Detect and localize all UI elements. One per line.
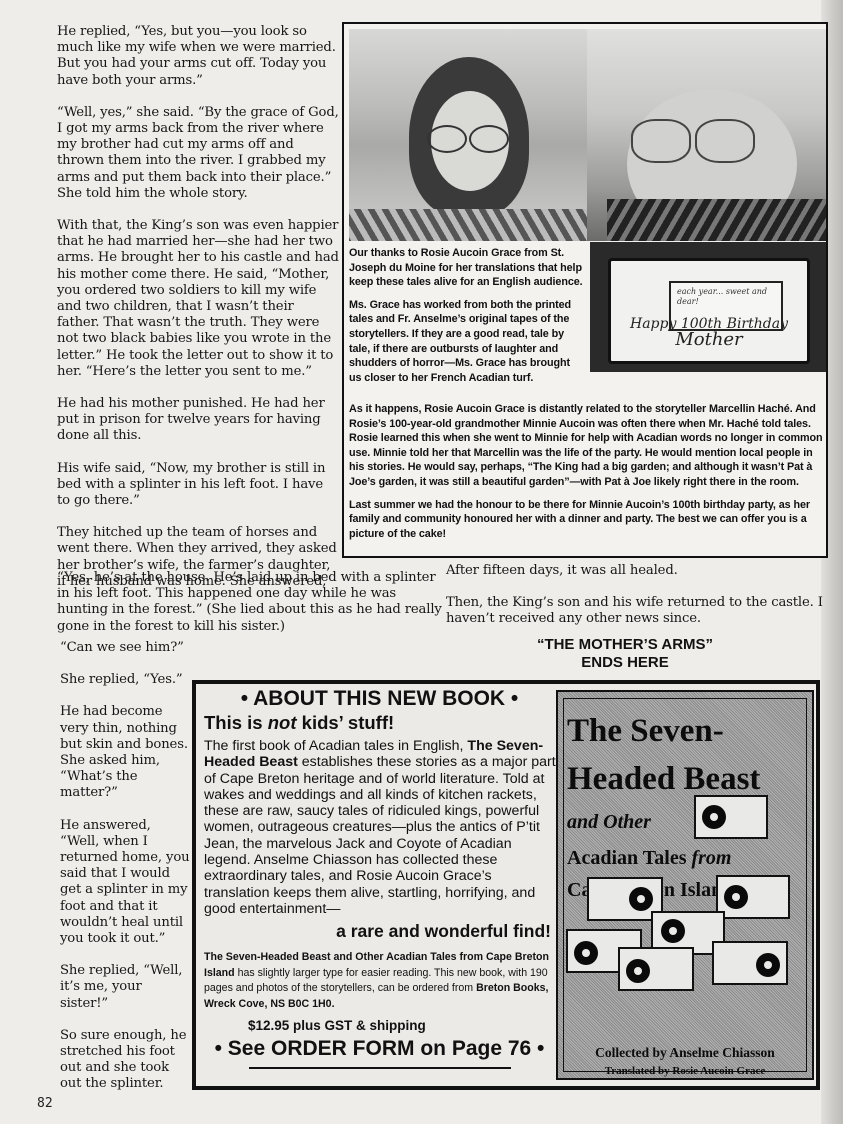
ring-icon bbox=[629, 887, 653, 911]
caption-paragraph: Last summer we had the honour to be ther… bbox=[349, 498, 825, 542]
ad-order-details: The Seven-Headed Beast and Other Acadian… bbox=[204, 950, 557, 1012]
page-number: 82 bbox=[37, 1096, 53, 1111]
cover-title-line3: and Other bbox=[567, 811, 651, 834]
cake-book-text: each year... sweet and dear! bbox=[671, 283, 781, 311]
story-paragraph: “Well, yes,” she said. “By the grace of … bbox=[57, 105, 339, 202]
cake-inscription: Happy 100th Birthday Mother bbox=[611, 317, 807, 347]
glasses-icon bbox=[469, 125, 509, 153]
ring-icon bbox=[702, 805, 726, 829]
book-cover: The Seven- Headed Beast and Other Acadia… bbox=[556, 690, 814, 1080]
story-paragraph: His wife said, “Now, my brother is still… bbox=[57, 461, 339, 510]
ring-icon bbox=[661, 919, 685, 943]
cover-card-decoration bbox=[694, 795, 768, 839]
story-paragraph: With that, the King’s son was even happi… bbox=[57, 218, 339, 380]
story-paragraph: She replied, “Well, it’s me, your sister… bbox=[60, 963, 190, 1012]
story-paragraph: Then, the King’s son and his wife return… bbox=[446, 595, 826, 627]
story-paragraph: He had his mother punished. He had her p… bbox=[57, 396, 339, 445]
cake-shape: each year... sweet and dear! Happy 100th… bbox=[608, 258, 810, 364]
ad-body: The first book of Acadian tales in Engli… bbox=[204, 738, 557, 917]
story-wide-paragraph: “Yes, he’s at the house. He’s laid up in… bbox=[57, 570, 442, 651]
story-end-marker: “THE MOTHER’S ARMS” ENDS HERE bbox=[520, 636, 730, 672]
ad-tagline: a rare and wonderful find! bbox=[202, 921, 551, 942]
story-paragraph: “Can we see him?” bbox=[60, 640, 190, 656]
story-ending-column: After fifteen days, it was all healed. T… bbox=[446, 563, 826, 644]
glasses-icon bbox=[631, 119, 691, 163]
ring-icon bbox=[626, 959, 650, 983]
caption-paragraph: Our thanks to Rosie Aucoin Grace from St… bbox=[349, 246, 585, 290]
glasses-icon bbox=[427, 125, 467, 153]
sidebar-caption-top: Our thanks to Rosie Aucoin Grace from St… bbox=[349, 246, 585, 393]
story-paragraph: He had become very thin, nothing but ski… bbox=[60, 704, 190, 801]
story-paragraph: After fifteen days, it was all healed. bbox=[446, 563, 826, 579]
ad-heading: • ABOUT THIS NEW BOOK • bbox=[202, 686, 557, 712]
portrait-photo-rosie bbox=[349, 29, 587, 241]
cover-frame: The Seven- Headed Beast and Other Acadia… bbox=[563, 698, 807, 1072]
sidebar-photo-box: each year... sweet and dear! Happy 100th… bbox=[342, 22, 828, 558]
ends-here-label: ENDS HERE bbox=[520, 654, 730, 672]
caption-paragraph: As it happens, Rosie Aucoin Grace is dis… bbox=[349, 402, 825, 490]
story-paragraph: He answered, “Well, when I returned home… bbox=[60, 818, 190, 948]
cover-title-line4: Acadian Tales from bbox=[567, 847, 731, 870]
story-narrow-column: “Can we see him?” She replied, “Yes.” He… bbox=[60, 640, 190, 1109]
patterned-dress-shape bbox=[607, 199, 826, 241]
story-paragraph: She replied, “Yes.” bbox=[60, 672, 190, 688]
divider-rule bbox=[249, 1067, 511, 1069]
story-paragraph: So sure enough, he stretched his foot ou… bbox=[60, 1028, 190, 1093]
book-advertisement: • ABOUT THIS NEW BOOK • This is not kids… bbox=[192, 680, 820, 1090]
story-title-end: “THE MOTHER’S ARMS” bbox=[520, 636, 730, 654]
cover-card-decoration bbox=[618, 947, 694, 991]
sidebar-caption-bottom: As it happens, Rosie Aucoin Grace is dis… bbox=[349, 402, 825, 549]
ad-subheading: This is not kids’ stuff! bbox=[204, 712, 557, 734]
ad-price: $12.95 plus GST & shipping bbox=[248, 1018, 557, 1033]
caption-paragraph: Ms. Grace has worked from both the print… bbox=[349, 298, 585, 386]
ring-icon bbox=[756, 953, 780, 977]
cover-title-line2: Headed Beast bbox=[567, 761, 760, 797]
ring-icon bbox=[724, 885, 748, 909]
floral-blouse-shape bbox=[349, 209, 587, 241]
order-form-link[interactable]: ORDER FORM on Page 76 bbox=[271, 1037, 531, 1060]
order-form-reference: • See ORDER FORM on Page 76 • bbox=[202, 1037, 557, 1061]
cover-title-line1: The Seven- bbox=[567, 713, 724, 749]
story-column-1: He replied, “Yes, but you—you look so mu… bbox=[57, 24, 339, 590]
story-paragraph: He replied, “Yes, but you—you look so mu… bbox=[57, 24, 339, 89]
cover-card-decoration bbox=[716, 875, 790, 919]
cover-collected-by: Collected by Anselme Chiasson bbox=[564, 1045, 806, 1061]
ad-text-column: • ABOUT THIS NEW BOOK • This is not kids… bbox=[202, 686, 557, 1069]
cover-translated-by: Translated by Rosie Aucoin Grace bbox=[564, 1065, 806, 1077]
story-paragraph: “Yes, he’s at the house. He’s laid up in… bbox=[57, 570, 442, 635]
cover-card-decoration bbox=[712, 941, 788, 985]
birthday-cake-photo: each year... sweet and dear! Happy 100th… bbox=[590, 242, 826, 372]
glasses-icon bbox=[695, 119, 755, 163]
ring-icon bbox=[574, 941, 598, 965]
portrait-photo-minnie bbox=[587, 29, 826, 241]
cake-greeting-mother: Mother bbox=[611, 332, 807, 347]
